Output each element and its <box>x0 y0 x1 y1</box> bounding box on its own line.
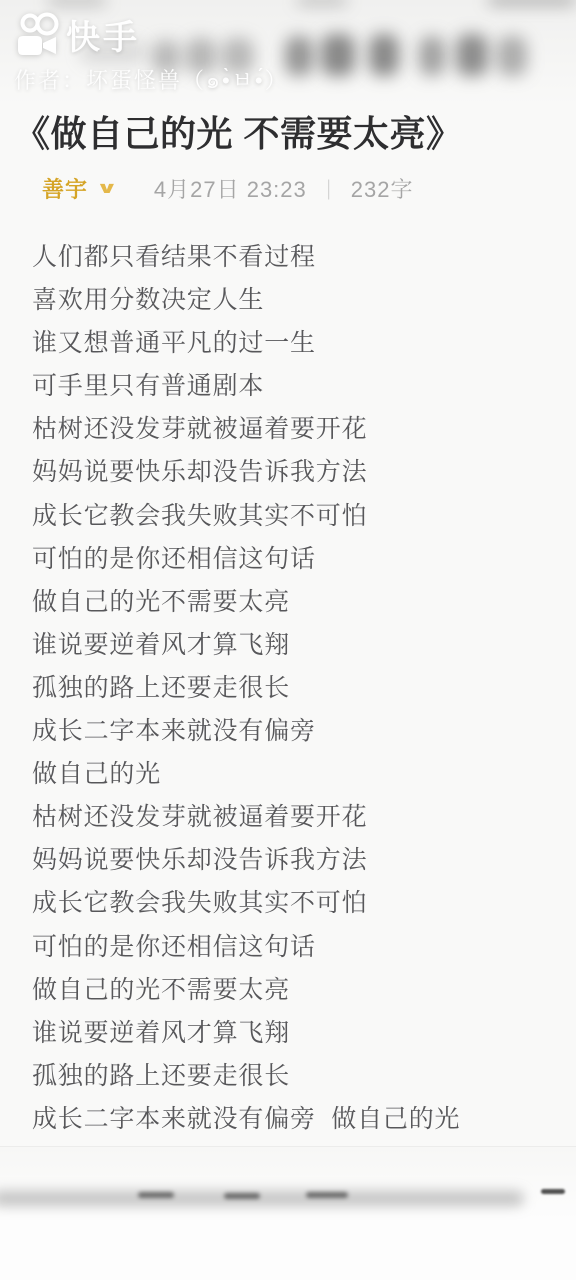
note-meta-row: 善宇 ∨ 4月27日 23:23 ｜ 232字 <box>42 174 413 202</box>
lyric-line: 人们都只看结果不看过程 <box>32 236 562 279</box>
lyric-line: 谁说要逆着风才算飞翔 <box>32 624 562 667</box>
lyric-line: 可怕的是你还相信这句话 <box>32 926 562 969</box>
lyric-line: 喜欢用分数决定人生 <box>32 279 562 322</box>
lyric-line: 妈妈说要快乐却没告诉我方法 <box>32 451 562 494</box>
blurred-top-artifact <box>48 0 106 5</box>
blurred-top-artifact <box>297 0 347 5</box>
lyric-line: 妈妈说要快乐却没告诉我方法 <box>32 839 562 882</box>
kuaishou-video-frame: 快手 作者：坏蛋怪兽（๑•̀ㅂ•́） 《做自己的光 不需要太亮》 善宇 ∨ 4月… <box>0 0 576 1280</box>
kuaishou-brand-text: 快手 <box>66 10 140 59</box>
lyric-line: 孤独的路上还要走很长 <box>32 667 562 710</box>
watermark-author-line: 作者：坏蛋怪兽（๑•̀ㅂ•́） <box>14 63 289 98</box>
bottom-divider-line <box>0 1146 576 1147</box>
blurred-text-blob <box>369 34 399 76</box>
bottom-frame-zone <box>0 1147 576 1280</box>
note-title: 《做自己的光 不需要太亮》 <box>14 106 574 157</box>
kuaishou-brand-row: 快手 <box>14 10 289 59</box>
blurred-text-blob <box>285 36 313 76</box>
blurred-top-artifact <box>488 0 576 5</box>
lyric-line: 成长它教会我失败其实不可怕 <box>32 882 562 925</box>
lyrics-body: 人们都只看结果不看过程喜欢用分数决定人生谁又想普通平凡的过一生可手里只有普通剧本… <box>32 236 562 1141</box>
lyric-line: 枯树还没发芽就被逼着要开花 <box>32 408 562 451</box>
blurred-bottom-artifact <box>138 1192 174 1198</box>
blurred-bottom-artifact <box>541 1189 565 1194</box>
word-count: 232字 <box>351 173 414 204</box>
lyric-line: 枯树还没发芽就被逼着要开花 <box>32 796 562 839</box>
author-name[interactable]: 善宇 <box>42 173 88 204</box>
kuaishou-watermark: 快手 作者：坏蛋怪兽（๑•̀ㅂ•́） <box>14 10 289 98</box>
lyric-line: 可手里只有普通剧本 <box>32 365 562 408</box>
lyric-line: 孤独的路上还要走很长 <box>32 1055 562 1098</box>
kuaishou-logo-icon <box>14 12 62 58</box>
lyric-line: 成长它教会我失败其实不可怕 <box>32 495 562 538</box>
lyric-line: 做自己的光 <box>32 753 562 796</box>
lyric-line: 成长二字本来就没有偏旁 做自己的光 <box>32 1098 562 1141</box>
blurred-text-blob <box>497 36 527 76</box>
blurred-text-blob <box>456 34 488 76</box>
blurred-text-blob <box>321 34 355 76</box>
chevron-down-icon[interactable]: ∨ <box>96 179 118 198</box>
lyric-line: 可怕的是你还相信这句话 <box>32 538 562 581</box>
blurred-text-blob <box>419 36 445 76</box>
blurred-bottom-bar <box>0 1191 524 1206</box>
lyric-line: 谁说要逆着风才算飞翔 <box>32 1012 562 1055</box>
lyric-line: 做自己的光不需要太亮 <box>32 969 562 1012</box>
blurred-bottom-artifact <box>306 1192 348 1198</box>
meta-divider: ｜ <box>319 174 339 203</box>
lyric-line: 做自己的光不需要太亮 <box>32 581 562 624</box>
lyric-line: 谁又想普通平凡的过一生 <box>32 322 562 365</box>
publish-date: 4月27日 23:23 <box>154 173 307 204</box>
lyric-line: 成长二字本来就没有偏旁 <box>32 710 562 753</box>
blurred-bottom-artifact <box>224 1193 260 1199</box>
